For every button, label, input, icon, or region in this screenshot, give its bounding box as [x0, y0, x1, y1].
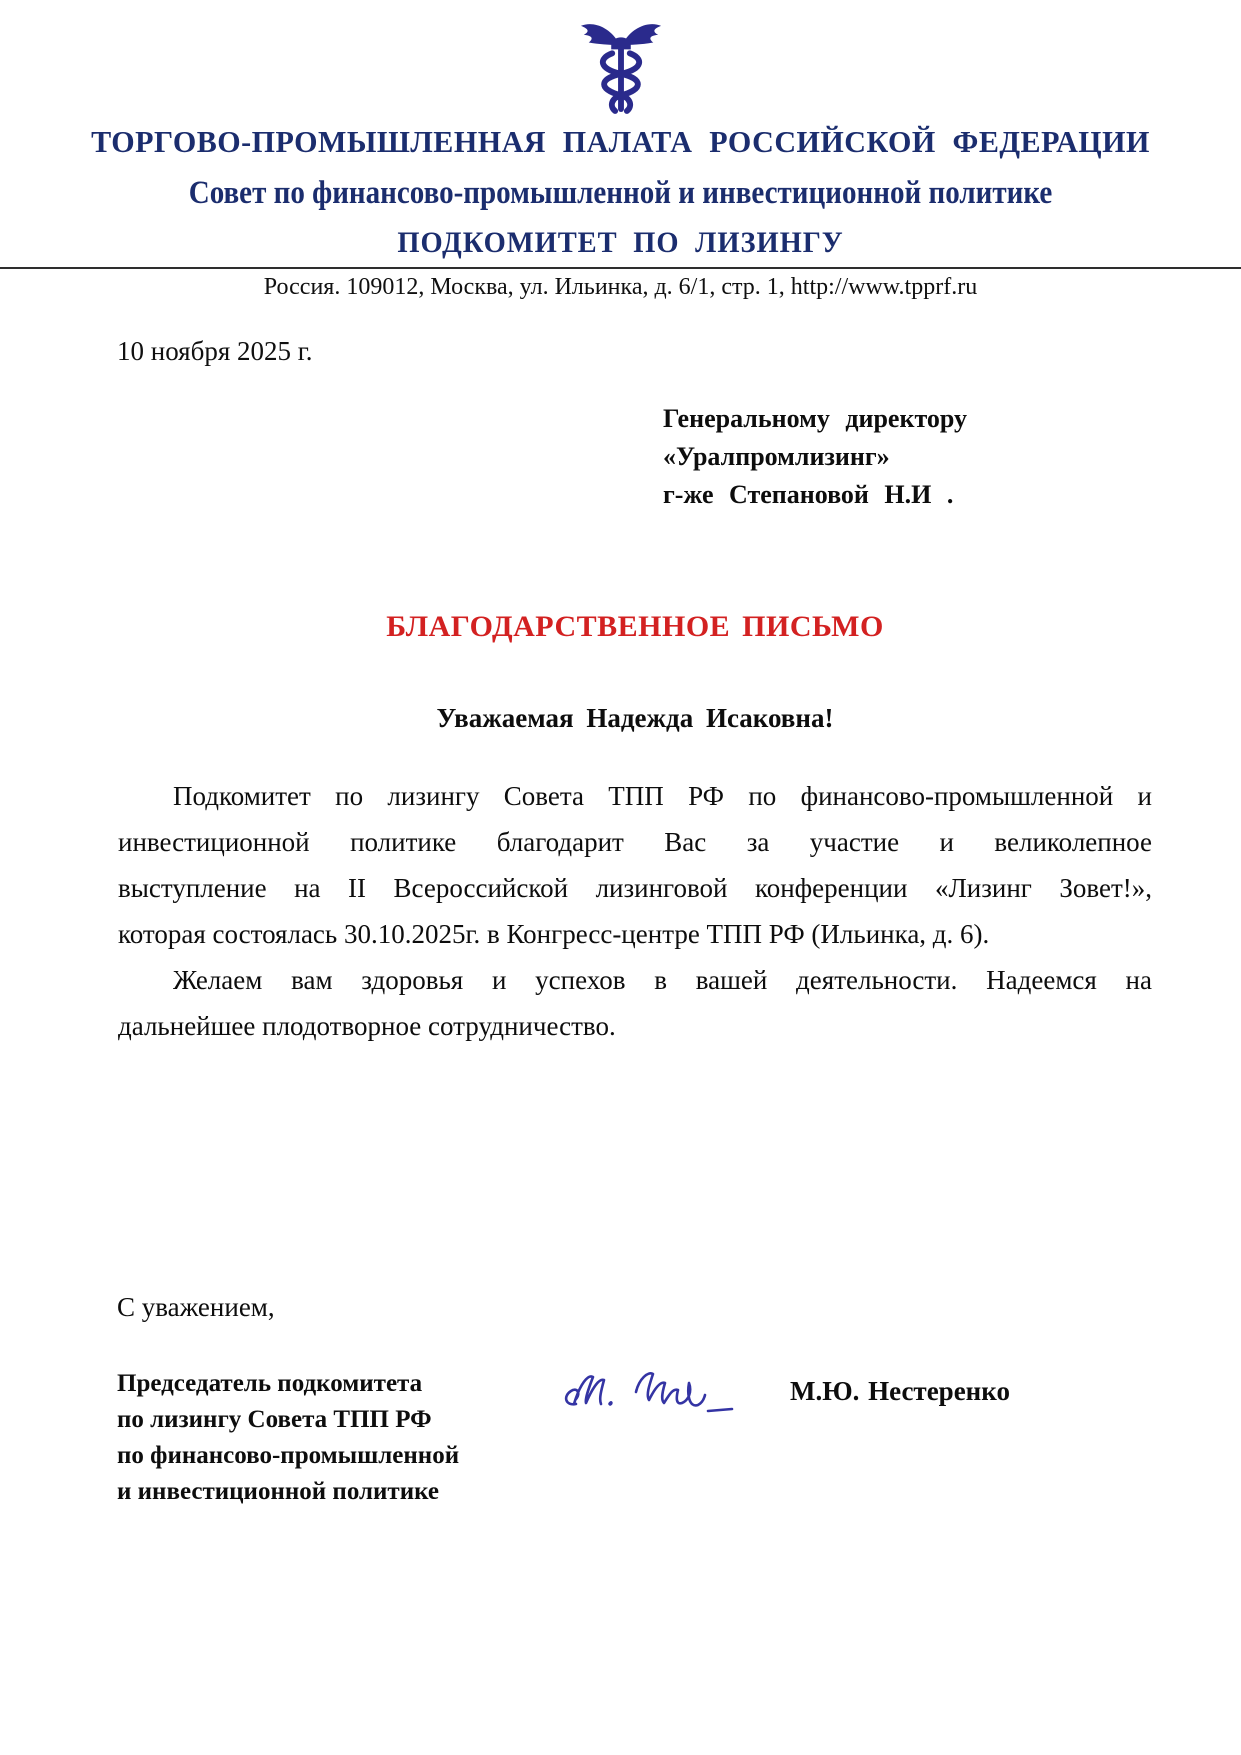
body-line: Подкомитет по лизингу Совета ТПП РФ по ф…	[118, 773, 1152, 819]
signer-title-line: и инвестиционной политике	[117, 1474, 459, 1510]
recipient-company: «Уралпромлизинг»	[663, 438, 967, 476]
signer-title-line: по лизингу Совета ТПП РФ	[117, 1402, 459, 1438]
signer-name: М.Ю. Нестеренко	[790, 1376, 1010, 1407]
letter-body: Подкомитет по лизингу Совета ТПП РФ по ф…	[118, 773, 1152, 1049]
body-line: дальнейшее плодотворное сотрудничество.	[118, 1003, 1152, 1049]
salutation: Уважаемая Надежда Исаковна!	[118, 703, 1152, 734]
org-name-line3: ПОДКОМИТЕТ ПО ЛИЗИНГУ	[31, 226, 1210, 260]
letter-title: БЛАГОДАРСТВЕННОЕ ПИСЬМО	[118, 610, 1152, 644]
header-divider	[0, 267, 1241, 269]
recipient-block: Генеральному директору «Уралпромлизинг» …	[663, 400, 967, 514]
tpp-caduceus-emblem-icon	[577, 18, 665, 116]
recipient-position: Генеральному директору	[663, 400, 967, 438]
signer-title-line: Председатель подкомитета	[117, 1366, 459, 1402]
closing-phrase: С уважением,	[117, 1292, 275, 1323]
org-name-line2: Совет по финансово-промышленной и инвест…	[74, 175, 1166, 212]
letter-date: 10 ноября 2025 г.	[117, 336, 313, 367]
signer-title-block: Председатель подкомитета по лизингу Сове…	[117, 1366, 459, 1510]
body-line: инвестиционной политике благодарит Вас з…	[118, 819, 1152, 865]
org-name-line1: ТОРГОВО-ПРОМЫШЛЕННАЯ ПАЛАТА РОССИЙСКОЙ Ф…	[19, 124, 1223, 160]
body-line: Желаем вам здоровья и успехов в вашей де…	[118, 957, 1152, 1003]
signer-title-line: по финансово-промышленной	[117, 1438, 459, 1474]
letter-page: ТОРГОВО-ПРОМЫШЛЕННАЯ ПАЛАТА РОССИЙСКОЙ Ф…	[0, 0, 1241, 1755]
signature-scribble-icon	[560, 1348, 750, 1428]
recipient-person: г-же Степановой Н.И .	[663, 476, 967, 514]
body-line: которая состоялась 30.10.2025г. в Конгре…	[118, 911, 1152, 957]
body-line: выступление на II Всероссийской лизингов…	[118, 865, 1152, 911]
org-address-line: Россия. 109012, Москва, ул. Ильинка, д. …	[0, 274, 1241, 301]
